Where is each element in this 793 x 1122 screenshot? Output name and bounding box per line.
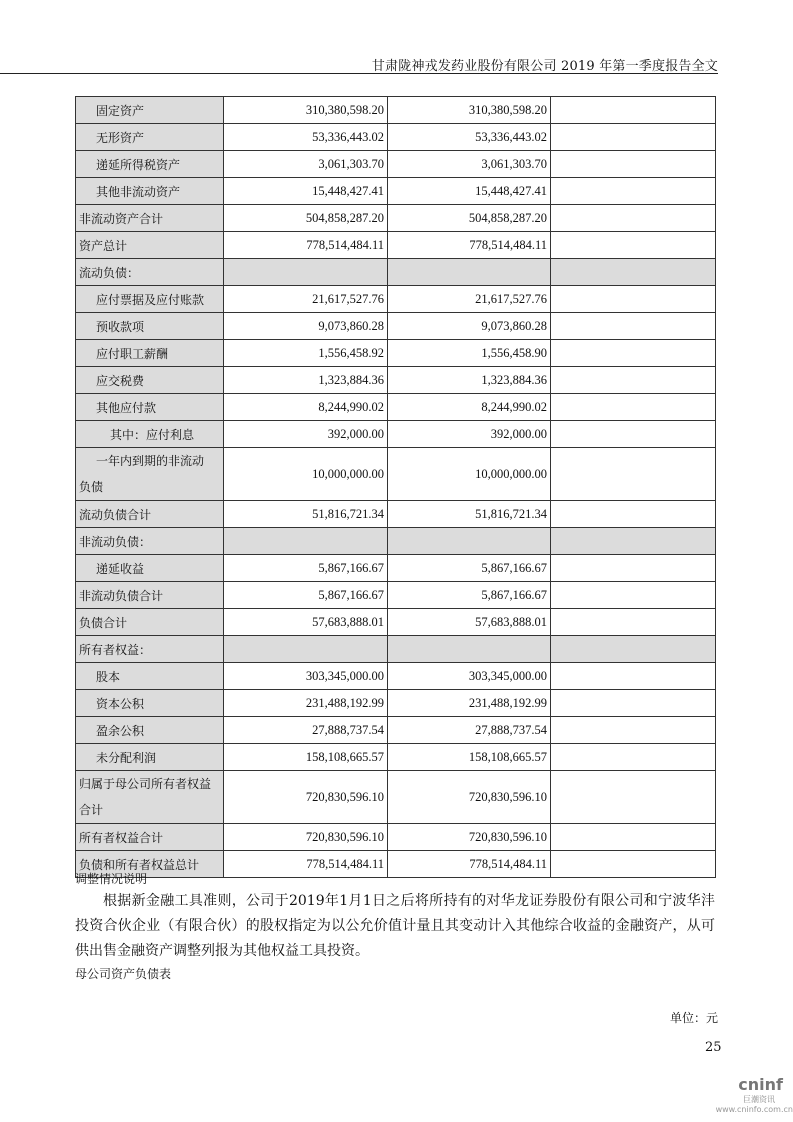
- table-row: 资产总计778,514,484.11778,514,484.11: [76, 232, 716, 259]
- value-cell-col1: [224, 528, 388, 555]
- value-cell-col2: 504,858,287.20: [388, 205, 551, 232]
- logo-wordmark: cninf: [705, 1075, 783, 1094]
- table-row: 非流动资产合计504,858,287.20504,858,287.20: [76, 205, 716, 232]
- table-row: 递延收益5,867,166.675,867,166.67: [76, 555, 716, 582]
- value-cell-col1: 15,448,427.41: [224, 178, 388, 205]
- section-header-row: 流动负债：: [76, 259, 716, 286]
- row-label: 非流动负债：: [76, 528, 224, 555]
- value-cell-col3: [551, 744, 716, 771]
- table-row: 一年内到期的非流动负债10,000,000.0010,000,000.00: [76, 448, 716, 501]
- row-label: 归属于母公司所有者权益合计: [76, 771, 224, 824]
- row-label: 递延所得税资产: [76, 151, 224, 178]
- value-cell-col1: 8,244,990.02: [224, 394, 388, 421]
- row-label-line1: 归属于母公司所有者权益: [79, 771, 220, 797]
- value-cell-col3: [551, 259, 716, 286]
- page-number: 25: [705, 1040, 722, 1055]
- value-cell-col2: [388, 636, 551, 663]
- value-cell-col1: 231,488,192.99: [224, 690, 388, 717]
- value-cell-col3: [551, 232, 716, 259]
- row-label-line2: 负债: [79, 474, 220, 500]
- table-row: 未分配利润158,108,665.57158,108,665.57: [76, 744, 716, 771]
- value-cell-col3: [551, 690, 716, 717]
- value-cell-col2: 310,380,598.20: [388, 97, 551, 124]
- value-cell-col1: 5,867,166.67: [224, 555, 388, 582]
- row-label: 未分配利润: [76, 744, 224, 771]
- value-cell-col2: 720,830,596.10: [388, 824, 551, 851]
- value-cell-col3: [551, 286, 716, 313]
- row-label: 所有者权益：: [76, 636, 224, 663]
- value-cell-col1: 158,108,665.57: [224, 744, 388, 771]
- value-cell-col3: [551, 340, 716, 367]
- unit-label: 单位：元: [670, 1009, 718, 1026]
- row-label: 一年内到期的非流动负债: [76, 448, 224, 501]
- table-row: 负债和所有者权益总计778,514,484.11778,514,484.11: [76, 851, 716, 878]
- value-cell-col2: 5,867,166.67: [388, 582, 551, 609]
- row-label: 资本公积: [76, 690, 224, 717]
- value-cell-col2: 53,336,443.02: [388, 124, 551, 151]
- value-cell-col3: [551, 421, 716, 448]
- cninfo-logo: cninf 巨潮资讯 www.cninfo.com.cn: [705, 1075, 793, 1115]
- balance-sheet-table: 固定资产310,380,598.20310,380,598.20无形资产53,3…: [75, 96, 716, 878]
- value-cell-col2: 9,073,860.28: [388, 313, 551, 340]
- logo-chinese-name: 巨潮资讯: [705, 1094, 775, 1105]
- row-label: 流动负债合计: [76, 501, 224, 528]
- value-cell-col1: 504,858,287.20: [224, 205, 388, 232]
- value-cell-col1: 21,617,527.76: [224, 286, 388, 313]
- row-label: 资产总计: [76, 232, 224, 259]
- row-label: 非流动负债合计: [76, 582, 224, 609]
- row-label: 股本: [76, 663, 224, 690]
- row-label: 固定资产: [76, 97, 224, 124]
- table-row: 预收款项9,073,860.289,073,860.28: [76, 313, 716, 340]
- row-label: 所有者权益合计: [76, 824, 224, 851]
- row-label-line2: 合计: [79, 797, 220, 823]
- value-cell-col2: 3,061,303.70: [388, 151, 551, 178]
- row-label: 预收款项: [76, 313, 224, 340]
- value-cell-col1: 778,514,484.11: [224, 851, 388, 878]
- table-row: 其中：应付利息392,000.00392,000.00: [76, 421, 716, 448]
- value-cell-col2: 10,000,000.00: [388, 448, 551, 501]
- value-cell-col1: 392,000.00: [224, 421, 388, 448]
- row-label: 盈余公积: [76, 717, 224, 744]
- table-row: 应付职工薪酬1,556,458.921,556,458.90: [76, 340, 716, 367]
- value-cell-col1: 5,867,166.67: [224, 582, 388, 609]
- value-cell-col2: 27,888,737.54: [388, 717, 551, 744]
- row-label: 负债合计: [76, 609, 224, 636]
- row-label: 流动负债：: [76, 259, 224, 286]
- value-cell-col2: 1,556,458.90: [388, 340, 551, 367]
- value-cell-col3: [551, 771, 716, 824]
- value-cell-col1: 10,000,000.00: [224, 448, 388, 501]
- adjustment-note-title: 调整情况说明: [75, 870, 147, 887]
- row-label-line1: 一年内到期的非流动: [96, 448, 220, 474]
- table-row: 股本303,345,000.00303,345,000.00: [76, 663, 716, 690]
- value-cell-col1: 310,380,598.20: [224, 97, 388, 124]
- value-cell-col2: 303,345,000.00: [388, 663, 551, 690]
- value-cell-col2: 51,816,721.34: [388, 501, 551, 528]
- value-cell-col3: [551, 394, 716, 421]
- value-cell-col3: [551, 313, 716, 340]
- value-cell-col3: [551, 448, 716, 501]
- table-row: 应交税费1,323,884.361,323,884.36: [76, 367, 716, 394]
- table-row: 资本公积231,488,192.99231,488,192.99: [76, 690, 716, 717]
- table-row: 非流动负债合计5,867,166.675,867,166.67: [76, 582, 716, 609]
- value-cell-col3: [551, 609, 716, 636]
- value-cell-col3: [551, 851, 716, 878]
- parent-balance-sheet-title: 母公司资产负债表: [75, 965, 171, 982]
- table-row: 流动负债合计51,816,721.3451,816,721.34: [76, 501, 716, 528]
- value-cell-col1: [224, 636, 388, 663]
- value-cell-col3: [551, 582, 716, 609]
- value-cell-col3: [551, 367, 716, 394]
- value-cell-col1: 27,888,737.54: [224, 717, 388, 744]
- row-label: 非流动资产合计: [76, 205, 224, 232]
- header-divider: [0, 73, 718, 74]
- value-cell-col3: [551, 501, 716, 528]
- value-cell-col3: [551, 97, 716, 124]
- value-cell-col2: 8,244,990.02: [388, 394, 551, 421]
- table-row: 固定资产310,380,598.20310,380,598.20: [76, 97, 716, 124]
- row-label: 应付票据及应付账款: [76, 286, 224, 313]
- value-cell-col2: 21,617,527.76: [388, 286, 551, 313]
- value-cell-col1: 1,323,884.36: [224, 367, 388, 394]
- row-label: 无形资产: [76, 124, 224, 151]
- value-cell-col3: [551, 717, 716, 744]
- table-row: 所有者权益合计720,830,596.10720,830,596.10: [76, 824, 716, 851]
- value-cell-col3: [551, 151, 716, 178]
- value-cell-col3: [551, 124, 716, 151]
- table-row: 递延所得税资产3,061,303.703,061,303.70: [76, 151, 716, 178]
- value-cell-col2: 392,000.00: [388, 421, 551, 448]
- value-cell-col2: 778,514,484.11: [388, 232, 551, 259]
- table-row: 其他应付款8,244,990.028,244,990.02: [76, 394, 716, 421]
- row-label: 其中：应付利息: [76, 421, 224, 448]
- value-cell-col1: 720,830,596.10: [224, 771, 388, 824]
- value-cell-col2: 778,514,484.11: [388, 851, 551, 878]
- value-cell-col1: 1,556,458.92: [224, 340, 388, 367]
- value-cell-col1: 57,683,888.01: [224, 609, 388, 636]
- value-cell-col2: [388, 528, 551, 555]
- table-row: 其他非流动资产15,448,427.4115,448,427.41: [76, 178, 716, 205]
- page-header: 甘肃陇神戎发药业股份有限公司 2019 年第一季度报告全文: [0, 0, 793, 80]
- value-cell-col3: [551, 178, 716, 205]
- table-row: 盈余公积27,888,737.5427,888,737.54: [76, 717, 716, 744]
- value-cell-col1: 720,830,596.10: [224, 824, 388, 851]
- table-row: 归属于母公司所有者权益合计720,830,596.10720,830,596.1…: [76, 771, 716, 824]
- value-cell-col1: 51,816,721.34: [224, 501, 388, 528]
- value-cell-col1: 778,514,484.11: [224, 232, 388, 259]
- table-row: 无形资产53,336,443.0253,336,443.02: [76, 124, 716, 151]
- value-cell-col2: 1,323,884.36: [388, 367, 551, 394]
- table-row: 应付票据及应付账款21,617,527.7621,617,527.76: [76, 286, 716, 313]
- value-cell-col2: 57,683,888.01: [388, 609, 551, 636]
- value-cell-col3: [551, 205, 716, 232]
- value-cell-col3: [551, 824, 716, 851]
- adjustment-note-body: 根据新金融工具准则，公司于2019年1月1日之后将所持有的对华龙证券股份有限公司…: [75, 889, 715, 964]
- row-label: 其他非流动资产: [76, 178, 224, 205]
- value-cell-col3: [551, 663, 716, 690]
- section-header-row: 非流动负债：: [76, 528, 716, 555]
- value-cell-col2: 231,488,192.99: [388, 690, 551, 717]
- value-cell-col3: [551, 528, 716, 555]
- value-cell-col3: [551, 555, 716, 582]
- value-cell-col1: 3,061,303.70: [224, 151, 388, 178]
- value-cell-col2: 5,867,166.67: [388, 555, 551, 582]
- row-label: 应交税费: [76, 367, 224, 394]
- row-label: 递延收益: [76, 555, 224, 582]
- value-cell-col1: 53,336,443.02: [224, 124, 388, 151]
- value-cell-col1: 9,073,860.28: [224, 313, 388, 340]
- table-row: 负债合计57,683,888.0157,683,888.01: [76, 609, 716, 636]
- value-cell-col1: 303,345,000.00: [224, 663, 388, 690]
- section-header-row: 所有者权益：: [76, 636, 716, 663]
- report-title: 甘肃陇神戎发药业股份有限公司 2019 年第一季度报告全文: [372, 55, 718, 74]
- value-cell-col2: 15,448,427.41: [388, 178, 551, 205]
- value-cell-col2: 158,108,665.57: [388, 744, 551, 771]
- row-label: 应付职工薪酬: [76, 340, 224, 367]
- value-cell-col2: 720,830,596.10: [388, 771, 551, 824]
- value-cell-col2: [388, 259, 551, 286]
- value-cell-col3: [551, 636, 716, 663]
- row-label: 其他应付款: [76, 394, 224, 421]
- value-cell-col1: [224, 259, 388, 286]
- logo-url: www.cninfo.com.cn: [705, 1105, 793, 1114]
